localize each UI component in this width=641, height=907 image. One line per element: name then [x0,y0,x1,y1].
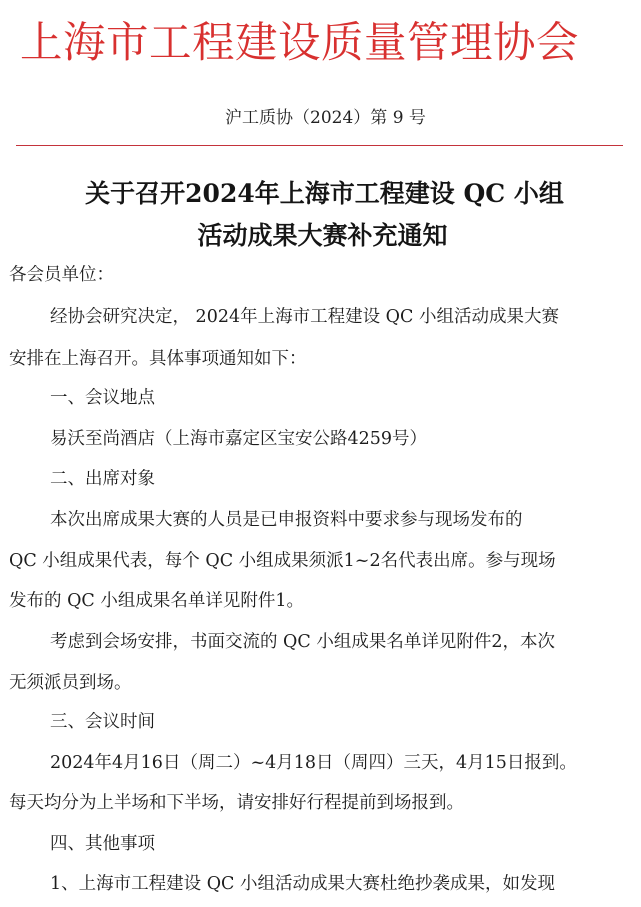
venue-address: 易沃至尚酒店（上海市嘉定区宝安公路4259号） [50,427,641,451]
section-heading-other: 四、其他事项 [50,832,641,856]
attendees-paragraph-line-1: 本次出席成果大赛的人员是已申报资料中要求参与现场发布的 [50,508,641,532]
organization-masthead: 上海市工程建设质量管理协会 [20,16,620,72]
intro-paragraph-line-2: 安排在上海召开。具体事项通知如下： [9,347,624,371]
red-divider [16,145,623,146]
intro-paragraph-line-1: 经协会研究决定， 2024年上海市工程建设 QC 小组活动成果大赛 [50,305,641,329]
notice-title-line-1: 关于召开2024年上海市工程建设 QC 小组 [0,177,641,211]
attendees-paragraph-line-3: 发布的 QC 小组成果名单详见附件1。 [9,589,624,613]
schedule-line-1: 2024年4月16日（周二）~4月18日（周四）三天，4月15日报到。 [50,751,641,775]
section-heading-time: 三、会议时间 [50,710,641,734]
notice-title-line-2: 活动成果大赛补充通知 [0,219,641,253]
document-number: 沪工质协（2024）第 9 号 [0,106,641,130]
schedule-line-2: 每天均分为上半场和下半场，请安排好行程提前到场报到。 [9,791,624,815]
section-heading-venue: 一、会议地点 [50,386,641,410]
section-heading-attendees: 二、出席对象 [50,467,641,491]
written-exchange-line-1: 考虑到会场安排，书面交流的 QC 小组成果名单详见附件2，本次 [50,630,641,654]
written-exchange-line-2: 无须派员到场。 [9,671,624,695]
attendees-paragraph-line-2: QC 小组成果代表，每个 QC 小组成果须派1~2名代表出席。参与现场 [9,549,624,573]
salutation: 各会员单位： [9,263,624,287]
other-item-1-line-1: 1、上海市工程建设 QC 小组活动成果大赛杜绝抄袭成果，如发现 [50,872,641,896]
